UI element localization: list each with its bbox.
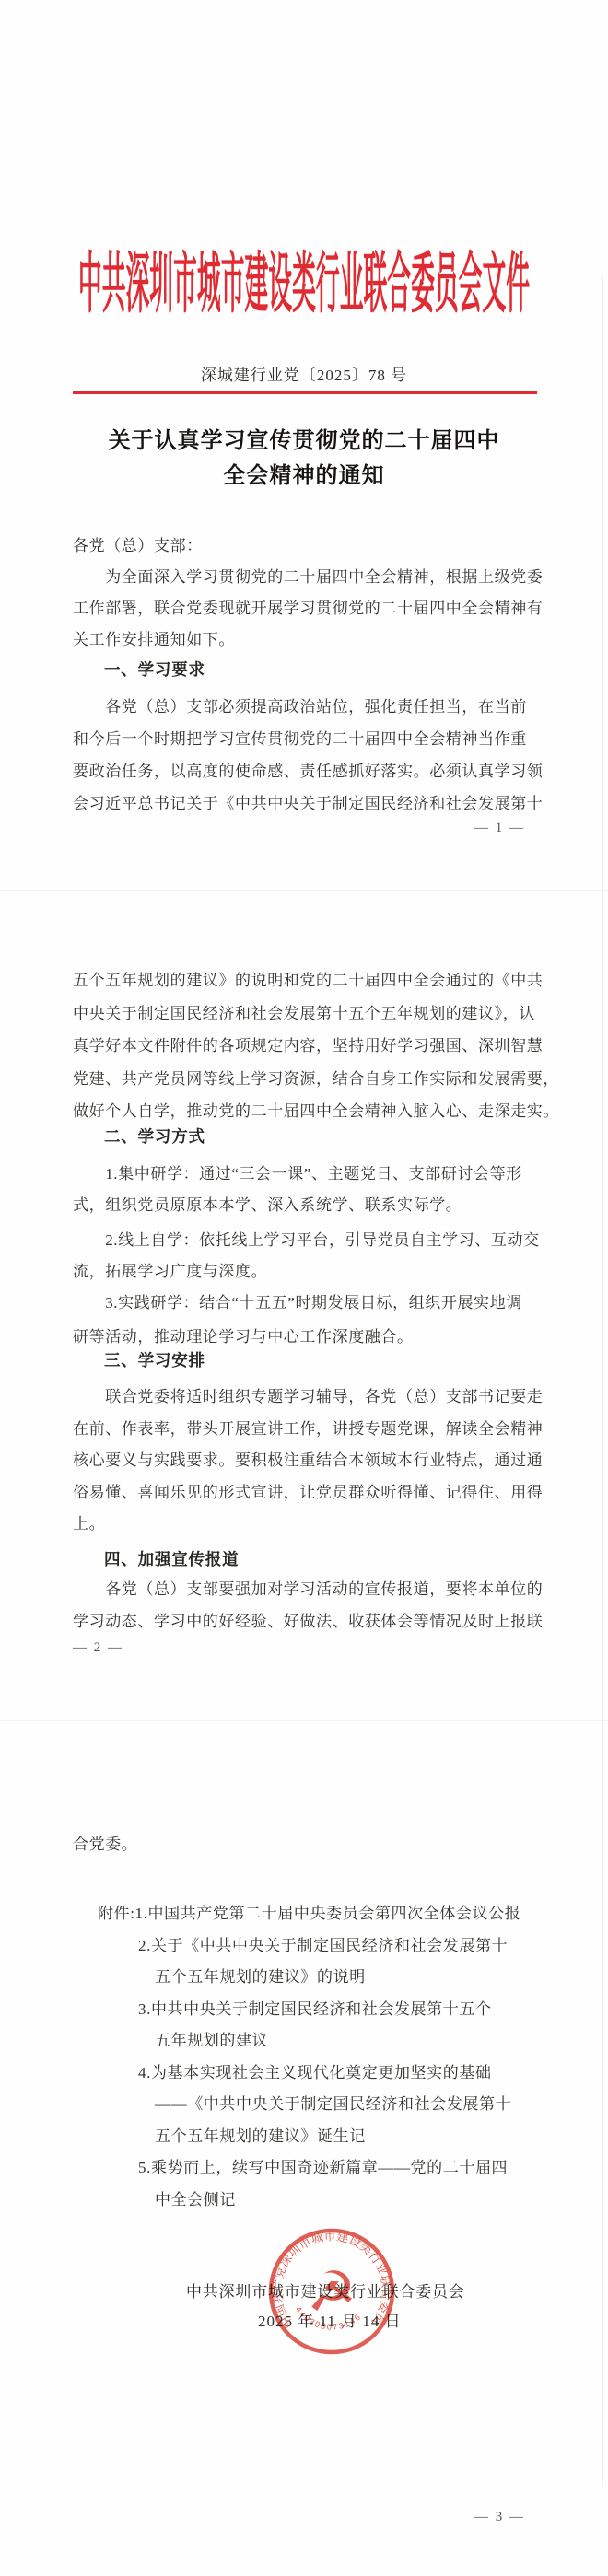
attachment-line: 五年规划的建议 <box>98 2025 558 2057</box>
arrangement-paragraph: 联合党委将适时组织专题学习辅导，各党（总）支部书记要走 在前、作表率，带头开展宣… <box>73 1381 552 1541</box>
org-header-title: 中共深圳市城市建设类行业联合委员会文件 <box>78 249 530 320</box>
attachment-line: 中全会侧记 <box>98 2185 558 2217</box>
page-number-1: — 1 — <box>474 821 525 836</box>
page-number-3: — 3 — <box>474 2510 525 2525</box>
official-red-seal: 中国共产党深圳市城市建设类行业联合委员会 440303073146 ☭ <box>264 2224 399 2359</box>
attachment-line: 五个五年规划的建议》诞生记 <box>98 2121 558 2153</box>
attachment-line: 5.乘势而上，续写中国奇迹新篇章——党的二十届四 <box>98 2152 558 2185</box>
attachment-line: 附件:1.中国共产党第二十届中央委员会第四次全体会议公报 <box>98 1898 558 1930</box>
section-heading-4: 四、加强宣传报道 <box>73 1547 239 1570</box>
requirement-paragraph-continued: 五个五年规划的建议》的说明和党的二十届四中全会通过的《中共 中央关于制定国民经济… <box>73 964 552 1128</box>
page-number-2: — 2 — <box>73 1640 123 1656</box>
attachment-line: 3.中共中央关于制定国民经济和社会发展第十五个 <box>98 1994 558 2026</box>
scan-edge-line <box>602 276 603 2487</box>
attachment-line: 4.为基本实现社会主义现代化奠定更加坚实的基础 <box>98 2057 558 2090</box>
page-separator <box>0 890 608 891</box>
publicity-paragraph: 各党（总）支部要强加对学习活动的宣传报道，要将本单位的 学习动态、学习中的好经验… <box>73 1573 552 1638</box>
section-heading-1: 一、学习要求 <box>73 658 205 681</box>
requirement-paragraph: 各党（总）支部必须提高政治站位，强化责任担当，在当前 和今后一个时期把学习宣传贯… <box>73 691 552 820</box>
official-document-scan: 中共深圳市城市建设类行业联合委员会文件 深城建行业党〔2025〕78 号 关于认… <box>0 0 608 2576</box>
study-method-item-2: 2.线上自学：依托线上学习平台，引导党员自主学习、互动交 流，拓展学习广度与深度… <box>73 1225 552 1288</box>
red-divider-rule <box>73 391 537 394</box>
salutation-and-intro-paragraph: 各党（总）支部： 为全面深入学习贯彻党的二十届四中全会精神，根据上级党委 工作部… <box>73 530 552 656</box>
attachments-list: 附件:1.中国共产党第二十届中央委员会第四次全体会议公报2.关于《中共中央关于制… <box>98 1898 558 2216</box>
section-heading-3: 三、学习安排 <box>73 1348 205 1371</box>
hammer-sickle-icon: ☭ <box>307 2260 357 2325</box>
document-number: 深城建行业党〔2025〕78 号 <box>0 362 608 385</box>
publicity-paragraph-end: 合党委。 <box>73 1829 552 1860</box>
letterhead: 中共深圳市城市建设类行业联合委员会文件 <box>0 249 608 308</box>
section-heading-2: 二、学习方式 <box>73 1125 205 1148</box>
attachment-line: 五个五年规划的建议》的说明 <box>98 1962 558 1994</box>
attachment-line: ——《中共中央关于制定国民经济和社会发展第十 <box>98 2089 558 2121</box>
document-title: 关于认真学习宣传贯彻党的二十届四中 全会精神的通知 <box>0 424 608 494</box>
attachment-line: 2.关于《中共中央关于制定国民经济和社会发展第十 <box>98 1930 558 1963</box>
page-separator <box>0 1720 608 1721</box>
study-method-item-3: 3.实践研学：结合“十五五”时期发展目标，组织开展实地调 研等活动，推动理论学习… <box>73 1286 552 1354</box>
study-method-item-1: 1.集中研学：通过“三会一课”、主题党日、支部研讨会等形 式，组织党员原原本本学… <box>73 1159 552 1221</box>
